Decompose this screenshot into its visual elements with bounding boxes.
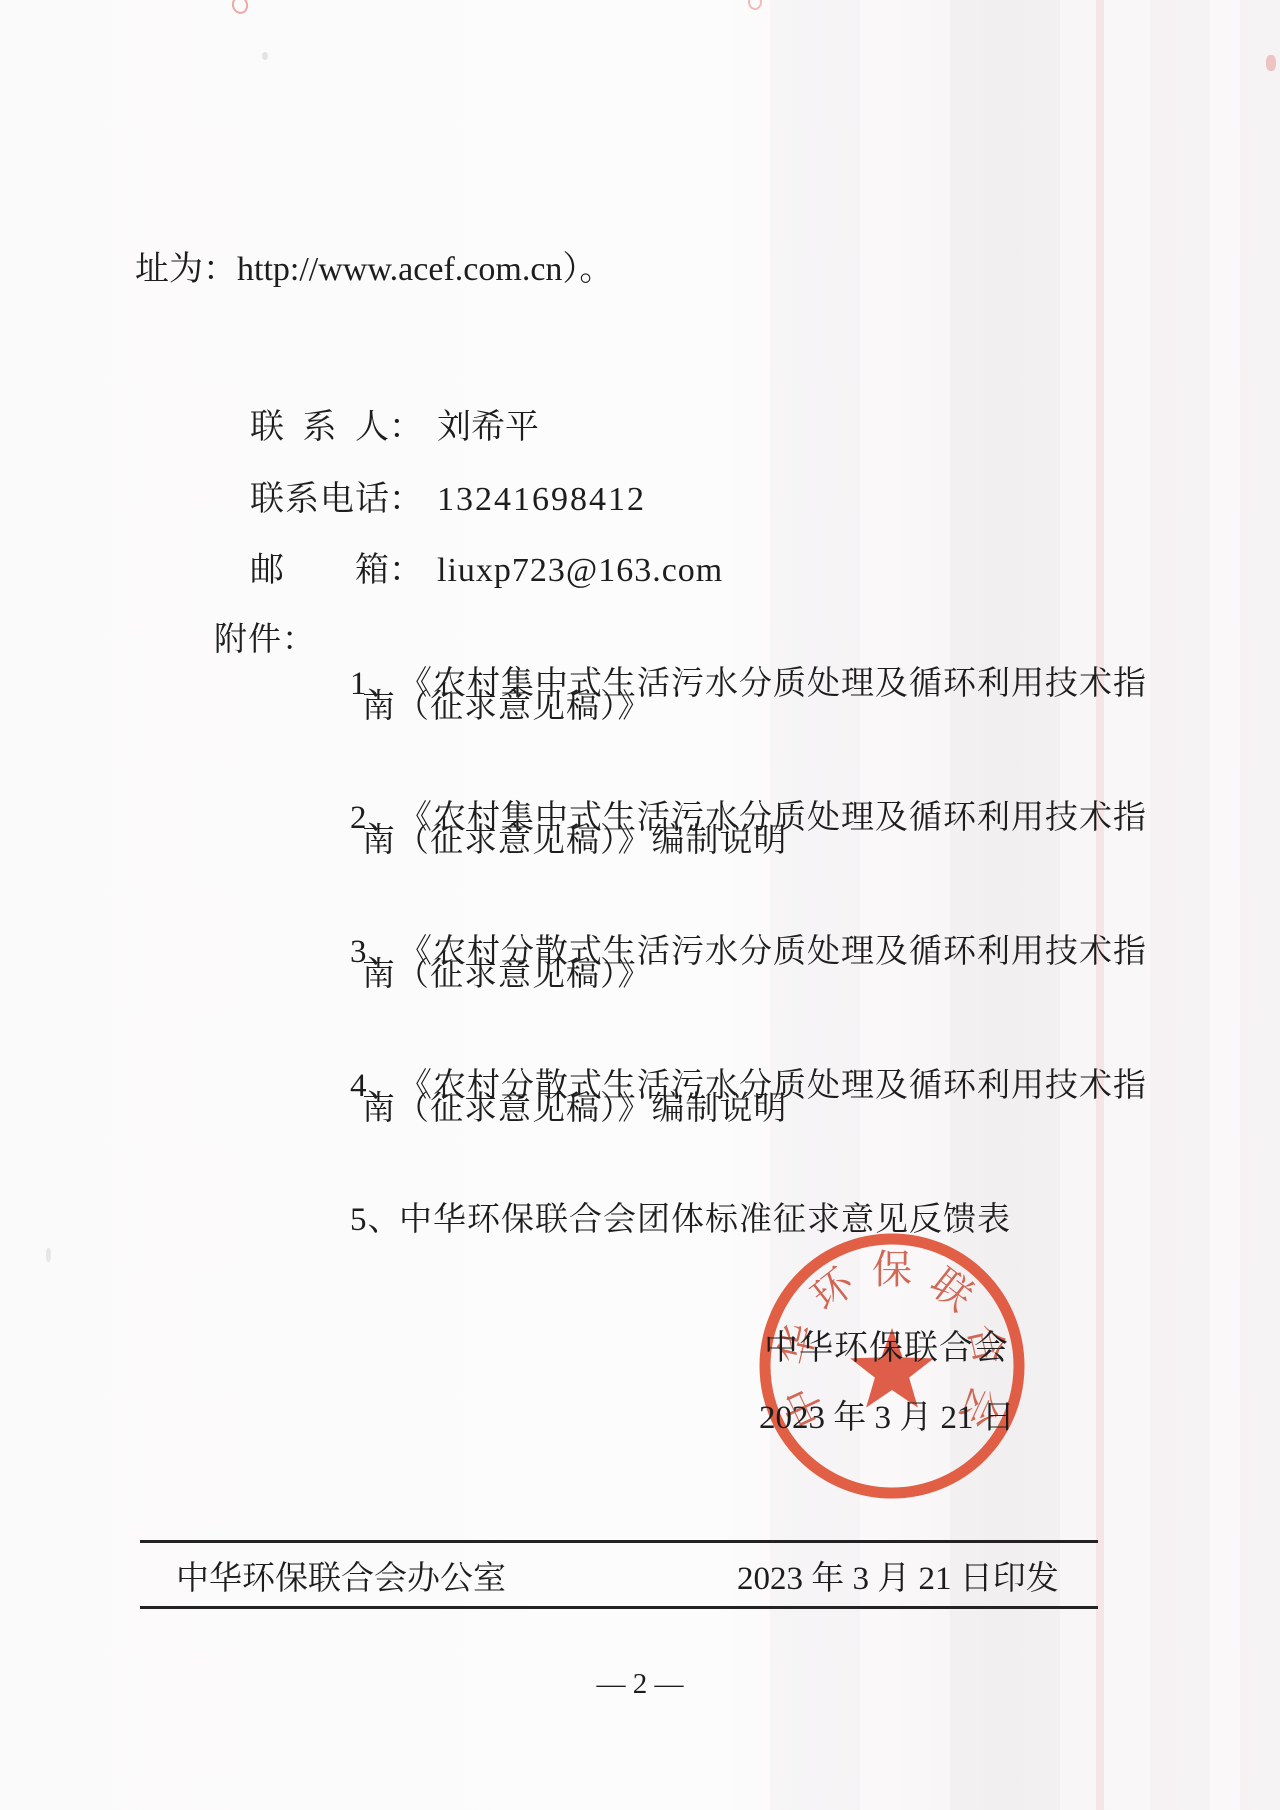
document-page: 址为：http://www.acef.com.cn）。 联系人：刘希平 联系电话… bbox=[0, 0, 1280, 1810]
footer-office: 中华环保联合会办公室 bbox=[176, 1557, 506, 1601]
scan-streak bbox=[1240, 0, 1280, 1810]
scan-streak bbox=[1150, 0, 1210, 1810]
footer-rule-bottom bbox=[140, 1606, 1098, 1609]
scan-artifact bbox=[748, 0, 762, 10]
attachment-item-4-line1: 4、《农村分散式生活污水分质处理及循环利用技术指 bbox=[313, 1020, 1147, 1152]
scan-artifact bbox=[262, 52, 268, 60]
seal-char: 保 bbox=[872, 1247, 912, 1292]
attachment-item-3-line2: 南（征求意见稿）》 bbox=[362, 953, 652, 997]
contact-email-label: 邮箱 bbox=[250, 549, 389, 593]
signature-org: 中华环保联合会 bbox=[764, 1327, 1009, 1371]
footer-rule-top bbox=[140, 1540, 1098, 1543]
attachment-item-1-line2: 南（征求意见稿）》 bbox=[362, 685, 652, 729]
attachment-item-5-number: 5、 bbox=[350, 1198, 399, 1242]
attachment-item-2-line2: 南（征求意见稿）》编制说明 bbox=[362, 819, 788, 863]
attachment-item-3-line1: 3、《农村分散式生活污水分质处理及循环利用技术指 bbox=[313, 886, 1147, 1018]
scan-artifact bbox=[1266, 55, 1276, 71]
signature-date: 2023 年 3 月 21 日 bbox=[759, 1396, 1015, 1440]
contact-email-value: liuxp723@163.com bbox=[437, 552, 723, 589]
url-line: 址为：http://www.acef.com.cn）。 bbox=[135, 248, 613, 292]
attachment-item-2-line1: 2、《农村集中式生活污水分质处理及循环利用技术指 bbox=[313, 752, 1147, 884]
scan-artifact bbox=[230, 0, 251, 16]
attachments-label: 附件： bbox=[214, 618, 316, 662]
attachment-item-4-line2: 南（征求意见稿）》编制说明 bbox=[362, 1087, 788, 1131]
attachment-item-1-line1: 1、《农村集中式生活污水分质处理及循环利用技术指 bbox=[313, 618, 1147, 750]
page-number: — 2 — bbox=[585, 1662, 695, 1706]
contact-email-colon: ： bbox=[389, 552, 423, 589]
scan-artifact bbox=[46, 1248, 51, 1262]
footer-issue-date: 2023 年 3 月 21 日印发 bbox=[737, 1557, 1059, 1601]
